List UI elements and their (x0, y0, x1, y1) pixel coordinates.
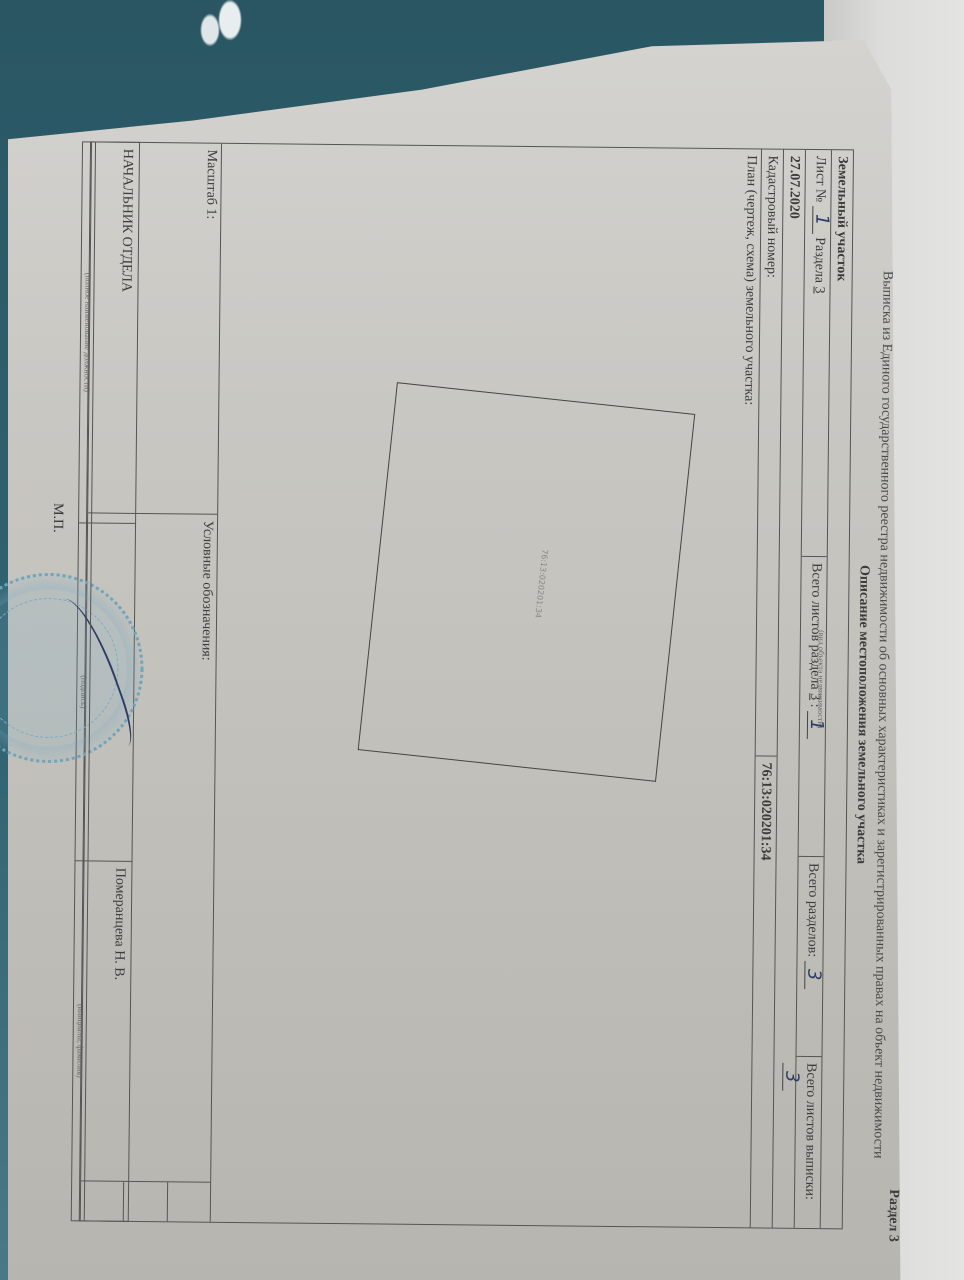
position-caption: (полное наименование должности) (81, 142, 96, 522)
total-extract-sheets-cell: Всего листов выписки: 3 (795, 1056, 822, 1228)
total-section-sheets-cell: Всего листов раздела 3 : 1 (вид объекта … (799, 556, 827, 856)
position-cell: НАЧАЛЬНИК ОТДЕЛА (полное наименование до… (79, 142, 139, 523)
sheet-number-cell: Лист № 1 Раздела 3 (802, 156, 831, 556)
signature-caption: (подпись) (78, 523, 93, 860)
total-sections-value: 3 (804, 961, 821, 989)
signature-row: НАЧАЛЬНИК ОТДЕЛА (полное наименование до… (71, 141, 140, 1222)
plan-area: План (чертеж, схема) земельного участка:… (210, 144, 761, 1228)
section-word: Раздела (812, 237, 827, 283)
name-caption: (инициалы, фамилия) (74, 861, 89, 1220)
object-type-caption: (вид объекта недвижимости) (810, 630, 832, 728)
total-extract-sheets-label: Всего листов выписки: (802, 1063, 818, 1200)
sheet-number: 1 (812, 206, 829, 234)
parcel-boundary: 76:13:020201:34 (358, 382, 696, 782)
extract-document: Раздел 3 Выписка из Единого государствен… (88, 142, 910, 1260)
signatory-position: НАЧАЛЬНИК ОТДЕЛА (118, 149, 134, 292)
total-sections-cell: Всего разделов: 3 (797, 856, 824, 1056)
parcel-id: 76:13:020201:34 (533, 549, 549, 619)
name-cell: Померанцева Н. В. (инициалы, фамилия) (72, 860, 132, 1221)
form-table: Земельный участок Лист № 1 Раздела 3 Все… (79, 141, 854, 1229)
section-number: 3 (811, 286, 826, 293)
extract-date: 27.07.2020 (783, 156, 805, 219)
object-type: Земельный участок (831, 156, 853, 281)
plan-label: План (чертеж, схема) земельного участка: (740, 155, 759, 405)
sheet-label: Лист № (812, 156, 827, 202)
stamp-label: М.П. (49, 503, 65, 533)
section-label: Раздел 3 (885, 1189, 902, 1242)
signature-cell: М.П. (подпись) (76, 522, 136, 861)
total-sections-label: Всего разделов: (805, 863, 821, 957)
signatory-name: Померанцева Н. В. (111, 868, 127, 981)
